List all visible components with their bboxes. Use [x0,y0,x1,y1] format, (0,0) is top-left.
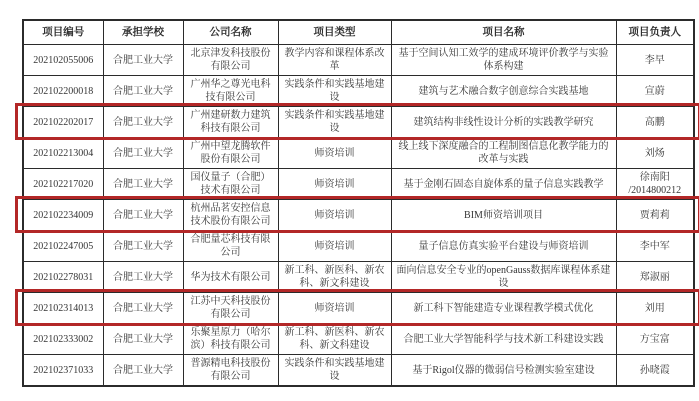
cell-type: 师资培训 [278,231,391,262]
cell-type: 实践条件和实践基地建设 [278,107,391,138]
cell-leader: 李早 [616,45,694,76]
cell-type: 教学内容和课程体系改革 [278,45,391,76]
cell-id: 202102371033 [23,355,103,387]
cell-school: 合肥工业大学 [103,262,183,293]
cell-company: 广州中望龙腾软件股份有限公司 [183,138,278,169]
table-row: 202102278031合肥工业大学华为技术有限公司新工科、新医科、新农科、新文… [23,262,694,293]
table-row: 202102247005合肥工业大学合肥量芯科技有限公司师资培训量子信息仿真实验… [23,231,694,262]
table-row: 202102213004合肥工业大学广州中望龙腾软件股份有限公司师资培训线上线下… [23,138,694,169]
cell-id: 202102055006 [23,45,103,76]
cell-type: 新工科、新医科、新农科、新文科建设 [278,262,391,293]
cell-company: 合肥量芯科技有限公司 [183,231,278,262]
cell-leader: 刘炀 [616,138,694,169]
document-page: 项目编号承担学校公司名称项目类型项目名称项目负责人 202102055006合肥… [0,0,699,401]
cell-name: 建筑与艺术融合数字创意综合实践基地 [391,76,616,107]
cell-name: 线上线下深度融合的工程制图信息化教学能力的改革与实践 [391,138,616,169]
column-header-id: 项目编号 [23,20,103,45]
cell-id: 202102234009 [23,200,103,231]
table-row: 202102371033合肥工业大学普源精电科技股份有限公司实践条件和实践基地建… [23,355,694,387]
cell-school: 合肥工业大学 [103,107,183,138]
cell-leader: 孙晓霞 [616,355,694,387]
cell-company: 广州建研数力建筑科技有限公司 [183,107,278,138]
cell-school: 合肥工业大学 [103,138,183,169]
table-row: 202102314013合肥工业大学江苏中天科技股份有限公司师资培训新工科下智能… [23,293,694,324]
table-row: 202102333002合肥工业大学乐聚星原力（哈尔滨）科技有限公司新工科、新医… [23,324,694,355]
cell-leader: 高鹏 [616,107,694,138]
cell-id: 202102202017 [23,107,103,138]
cell-name: 面向信息安全专业的openGauss数据库课程体系建设 [391,262,616,293]
column-header-type: 项目类型 [278,20,391,45]
cell-name: 量子信息仿真实验平台建设与师资培训 [391,231,616,262]
cell-school: 合肥工业大学 [103,45,183,76]
cell-company: 江苏中天科技股份有限公司 [183,293,278,324]
cell-name: 基于金刚石固态自旋体系的量子信息实践教学 [391,169,616,200]
cell-leader: 徐南阳 /2014800212 [616,169,694,200]
project-table: 项目编号承担学校公司名称项目类型项目名称项目负责人 202102055006合肥… [22,19,695,387]
table-header-row: 项目编号承担学校公司名称项目类型项目名称项目负责人 [23,20,694,45]
column-header-company: 公司名称 [183,20,278,45]
table-row: 202102202017合肥工业大学广州建研数力建筑科技有限公司实践条件和实践基… [23,107,694,138]
cell-type: 实践条件和实践基地建设 [278,355,391,387]
cell-id: 202102217020 [23,169,103,200]
cell-name: 建筑结构非线性设计分析的实践教学研究 [391,107,616,138]
cell-leader: 宣蔚 [616,76,694,107]
cell-school: 合肥工业大学 [103,169,183,200]
cell-type: 师资培训 [278,169,391,200]
cell-name: BIM师资培训项目 [391,200,616,231]
cell-type: 新工科、新医科、新农科、新文科建设 [278,324,391,355]
cell-school: 合肥工业大学 [103,355,183,387]
cell-leader: 李中军 [616,231,694,262]
cell-company: 乐聚星原力（哈尔滨）科技有限公司 [183,324,278,355]
table-row: 202102234009合肥工业大学杭州品茗安控信息技术股份有限公司师资培训BI… [23,200,694,231]
cell-id: 202102213004 [23,138,103,169]
cell-id: 202102200018 [23,76,103,107]
cell-id: 202102247005 [23,231,103,262]
cell-name: 基于空间认知工效学的建成环境评价教学与实验体系构建 [391,45,616,76]
cell-school: 合肥工业大学 [103,231,183,262]
cell-school: 合肥工业大学 [103,293,183,324]
cell-name: 基于Rigol仪器的微弱信号检测实验室建设 [391,355,616,387]
cell-type: 师资培训 [278,138,391,169]
column-header-leader: 项目负责人 [616,20,694,45]
column-header-school: 承担学校 [103,20,183,45]
cell-company: 华为技术有限公司 [183,262,278,293]
cell-name: 新工科下智能建造专业课程教学模式优化 [391,293,616,324]
cell-leader: 贾莉莉 [616,200,694,231]
table-row: 202102217020合肥工业大学国仪量子（合肥）技术有限公司师资培训基于金刚… [23,169,694,200]
cell-id: 202102278031 [23,262,103,293]
cell-company: 广州华之尊光电科技有限公司 [183,76,278,107]
cell-company: 普源精电科技股份有限公司 [183,355,278,387]
cell-id: 202102333002 [23,324,103,355]
column-header-name: 项目名称 [391,20,616,45]
cell-school: 合肥工业大学 [103,200,183,231]
cell-company: 杭州品茗安控信息技术股份有限公司 [183,200,278,231]
cell-name: 合肥工业大学智能科学与技术新工科建设实践 [391,324,616,355]
cell-type: 师资培训 [278,200,391,231]
cell-leader: 方宝富 [616,324,694,355]
cell-company: 北京津发科技股份有限公司 [183,45,278,76]
cell-type: 师资培训 [278,293,391,324]
cell-id: 202102314013 [23,293,103,324]
cell-school: 合肥工业大学 [103,324,183,355]
cell-company: 国仪量子（合肥）技术有限公司 [183,169,278,200]
table-row: 202102055006合肥工业大学北京津发科技股份有限公司教学内容和课程体系改… [23,45,694,76]
cell-type: 实践条件和实践基地建设 [278,76,391,107]
table-row: 202102200018合肥工业大学广州华之尊光电科技有限公司实践条件和实践基地… [23,76,694,107]
cell-leader: 郑淑丽 [616,262,694,293]
cell-leader: 刘用 [616,293,694,324]
cell-school: 合肥工业大学 [103,76,183,107]
